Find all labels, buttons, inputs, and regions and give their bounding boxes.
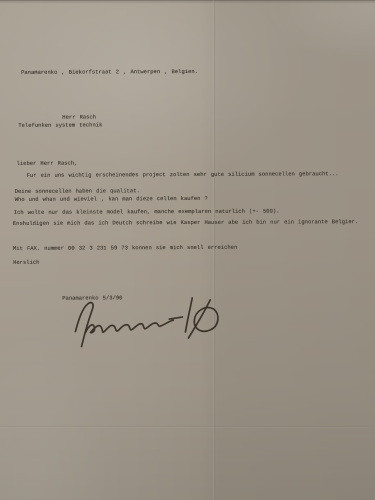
body-line-3: Who und whan und wieviel , kan man dieze… (15, 196, 208, 204)
body-line-4: Ich wolte nur das kleinste model kaufen,… (14, 209, 280, 217)
closing: Herslich (13, 260, 39, 267)
handwritten-signature (55, 290, 225, 356)
body-line-1: Fur ein uns wichtig erscheinendes projec… (27, 171, 339, 179)
salutation: lieber Herr Rasch, (17, 161, 78, 168)
recipient-organisation: Telefunken system technik (18, 122, 102, 129)
sender-address-line: Panamarenko , Biekorfstraat 2 , Antwerpe… (21, 69, 198, 76)
body-line-5: Enshuldigen sie mich das ich Deutch schr… (13, 219, 358, 227)
letter-photo: Panamarenko , Biekorfstraat 2 , Antwerpe… (0, 0, 375, 500)
body-line-2: Deine sonnecellen haben die qualitat. (15, 188, 140, 195)
letter-content: Panamarenko , Biekorfstraat 2 , Antwerpe… (0, 0, 375, 500)
recipient-name: Herr Rasch (62, 114, 96, 121)
fax-line: Mit FAX. nummer 00 32 3 231 59 73 konnen… (13, 245, 237, 253)
